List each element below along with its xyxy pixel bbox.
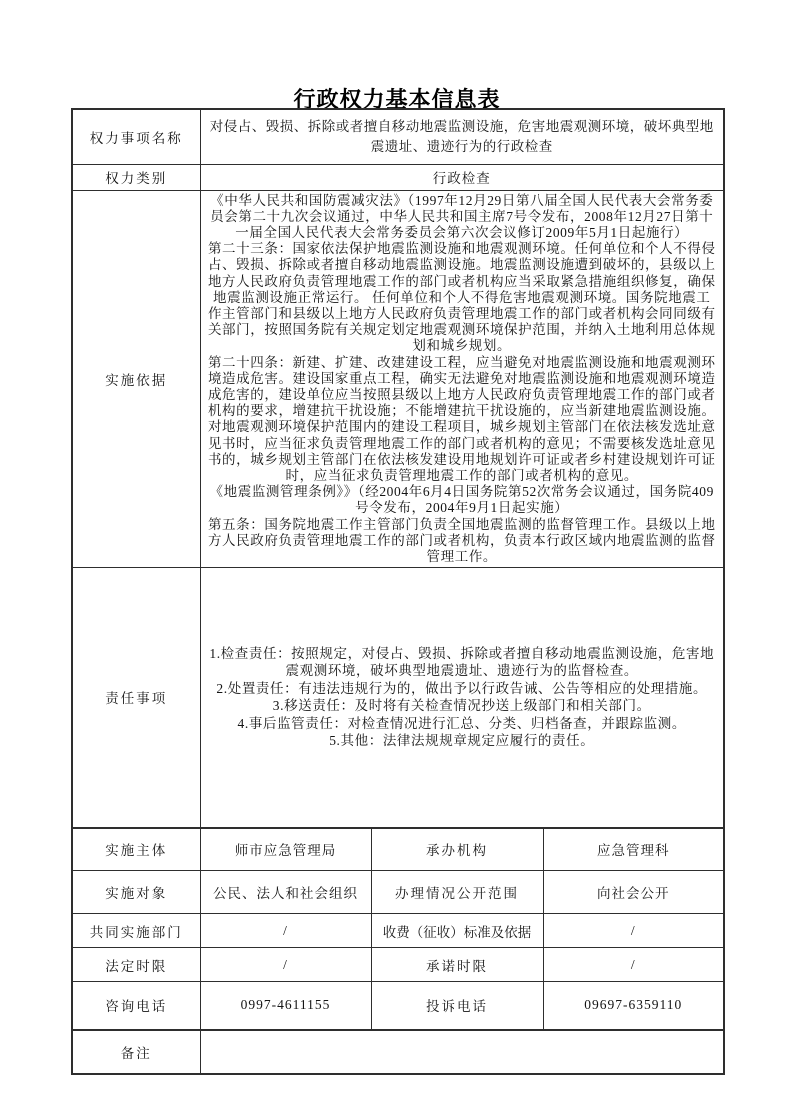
table-row-time-limits: 法定时限 / 承诺时限 / bbox=[72, 948, 724, 982]
table-row-item-name: 权力事项名称 对侵占、毁损、拆除或者擅自移动地震监测设施，危害地震观测环境，破坏… bbox=[72, 109, 724, 164]
table-row-power-category: 权力类别 行政检查 bbox=[72, 164, 724, 190]
remarks-value bbox=[200, 1030, 724, 1074]
table-row-legal-basis: 实施依据 《中华人民共和国防震减灾法》（1997年12月29日第八届全国人民代表… bbox=[72, 190, 724, 568]
power-category-label: 权力类别 bbox=[72, 164, 200, 190]
target-label: 实施对象 bbox=[72, 871, 200, 914]
disclosure-scope-label: 办理情况公开范围 bbox=[371, 871, 543, 914]
legal-basis-label: 实施依据 bbox=[72, 190, 200, 568]
table-row-responsibilities: 责任事项 1.检查责任：按照规定，对侵占、毁损、拆除或者擅自移动地震监测设施，危… bbox=[72, 568, 724, 828]
item-name-value: 对侵占、毁损、拆除或者擅自移动地震监测设施，危害地震观测环境，破坏典型地震遗址、… bbox=[200, 109, 724, 164]
consult-phone-label: 咨询电话 bbox=[72, 982, 200, 1030]
info-table: 权力事项名称 对侵占、毁损、拆除或者擅自移动地震监测设施，危害地震观测环境，破坏… bbox=[71, 108, 725, 1075]
fee-standard-label: 收费（征收）标准及依据 bbox=[371, 914, 543, 948]
table-row-implementing-body: 实施主体 师市应急管理局 承办机构 应急管理科 bbox=[72, 828, 724, 871]
promised-limit-label: 承诺时限 bbox=[371, 948, 543, 982]
complaint-phone-label: 投诉电话 bbox=[371, 982, 543, 1030]
consult-phone-value: 0997-4611155 bbox=[200, 982, 371, 1030]
responsibilities-text: 1.检查责任：按照规定，对侵占、毁损、拆除或者擅自移动地震监测设施，危害地震观测… bbox=[200, 568, 724, 828]
table-row-joint-departments: 共同实施部门 / 收费（征收）标准及依据 / bbox=[72, 914, 724, 948]
responsibilities-label: 责任事项 bbox=[72, 568, 200, 828]
implementing-body-label: 实施主体 bbox=[72, 828, 200, 871]
table-row-phones: 咨询电话 0997-4611155 投诉电话 09697-6359110 bbox=[72, 982, 724, 1030]
table-row-target: 实施对象 公民、法人和社会组织 办理情况公开范围 向社会公开 bbox=[72, 871, 724, 914]
implementing-body-value: 师市应急管理局 bbox=[200, 828, 371, 871]
table-row-remarks: 备注 bbox=[72, 1030, 724, 1074]
handling-org-value: 应急管理科 bbox=[543, 828, 724, 871]
power-category-value: 行政检查 bbox=[200, 164, 724, 190]
legal-basis-text: 《中华人民共和国防震减灾法》（1997年12月29日第八届全国人民代表大会常务委… bbox=[200, 190, 724, 568]
statutory-limit-label: 法定时限 bbox=[72, 948, 200, 982]
disclosure-scope-value: 向社会公开 bbox=[543, 871, 724, 914]
document-page: 行政权力基本信息表 权力事项名称 对侵占、毁损、拆除或者擅自移动地震监测设施，危… bbox=[0, 0, 794, 1108]
target-value: 公民、法人和社会组织 bbox=[200, 871, 371, 914]
complaint-phone-value: 09697-6359110 bbox=[543, 982, 724, 1030]
handling-org-label: 承办机构 bbox=[371, 828, 543, 871]
joint-departments-value: / bbox=[200, 914, 371, 948]
fee-standard-value: / bbox=[543, 914, 724, 948]
statutory-limit-value: / bbox=[200, 948, 371, 982]
remarks-label: 备注 bbox=[72, 1030, 200, 1074]
promised-limit-value: / bbox=[543, 948, 724, 982]
item-name-label: 权力事项名称 bbox=[72, 109, 200, 164]
joint-departments-label: 共同实施部门 bbox=[72, 914, 200, 948]
